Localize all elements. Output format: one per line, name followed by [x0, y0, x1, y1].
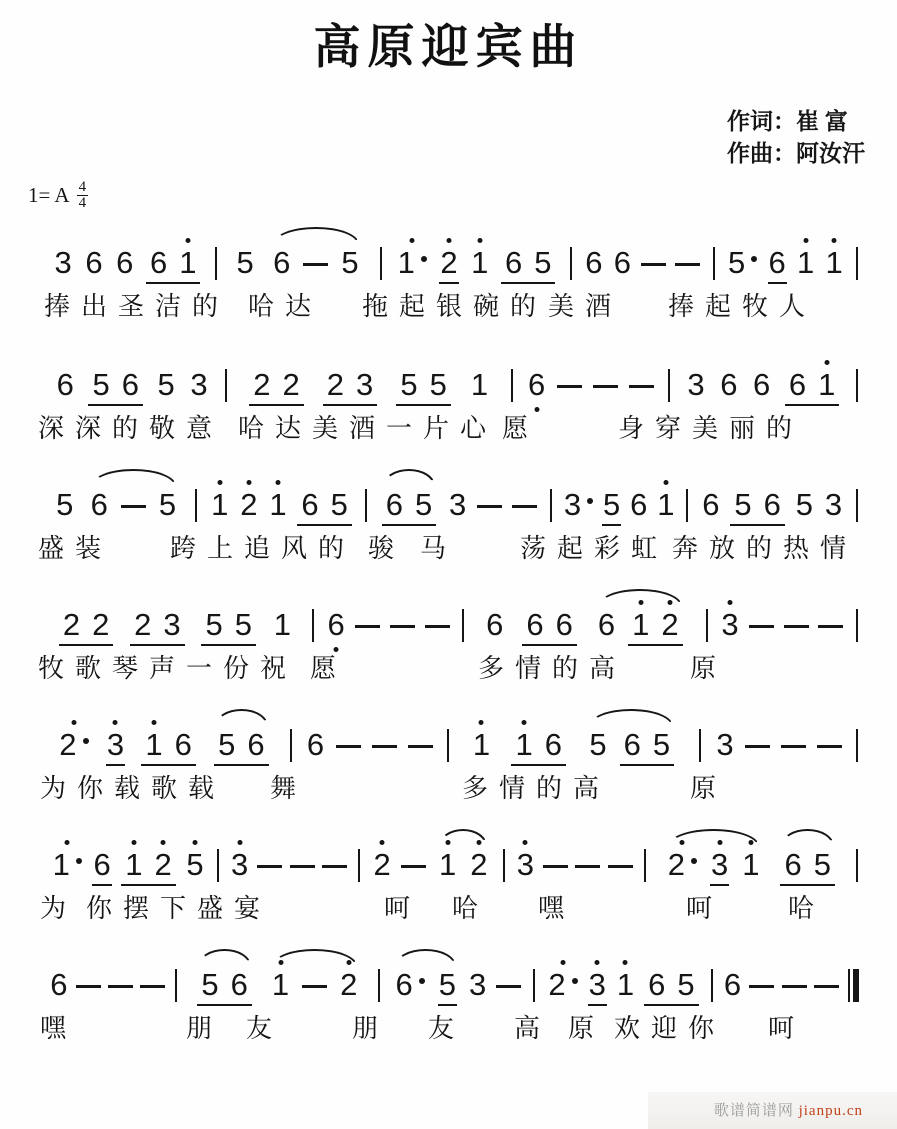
barline	[217, 849, 219, 882]
barline	[686, 489, 688, 522]
note: 2	[660, 608, 679, 642]
duration-dash	[749, 625, 774, 628]
beam-group: 55	[201, 608, 256, 646]
note: 6	[763, 488, 782, 522]
note: 1	[824, 246, 843, 280]
lyric-syllable: 愿	[310, 648, 347, 685]
beam-group: 56	[88, 368, 143, 406]
notes-row: 656532223551636661	[42, 362, 861, 402]
lyric-syllable: 身穿美丽的	[618, 408, 803, 445]
note: 1	[616, 968, 635, 1002]
lyric-syllable: 捧出圣洁的	[44, 286, 229, 323]
duration-dash	[302, 985, 327, 988]
note: 6	[584, 246, 603, 280]
score-line: 56512165653356165653盛装跨上追风的骏马荡起彩虹奔放的热情	[0, 482, 897, 572]
notes-row: 222355166666123	[42, 602, 861, 642]
beam-group: 65	[620, 728, 675, 766]
lyric-syllable: 原	[690, 648, 727, 685]
slur-group: 65	[778, 848, 837, 882]
lyric-syllable: 愿	[502, 408, 539, 445]
note: 6	[788, 368, 807, 402]
measure: 653	[383, 968, 530, 1002]
augmentation-dot	[76, 858, 82, 864]
barline	[856, 489, 858, 522]
lyric-syllable: 多情的高	[478, 648, 626, 685]
lyric-syllable: 哈	[788, 888, 825, 925]
note: 5	[235, 246, 254, 280]
beam-group: 16	[511, 728, 566, 766]
barline	[175, 969, 177, 1002]
note: 6	[629, 488, 648, 522]
note: 3	[686, 368, 705, 402]
note: 3	[710, 848, 729, 886]
duration-dash	[629, 385, 654, 388]
note: 5	[588, 728, 607, 762]
note: 2	[91, 608, 110, 642]
note: 6	[719, 368, 738, 402]
note: 6	[527, 368, 546, 402]
note: 2	[373, 848, 392, 882]
note: 1	[144, 728, 163, 762]
measure: 16125	[42, 848, 214, 882]
note: 5	[91, 368, 110, 402]
lyric-syllable: 美酒	[548, 286, 622, 323]
note: 6	[723, 968, 742, 1002]
score-line: 161253212323165为你摆下盛宴呵哈嘿呵哈	[0, 842, 897, 932]
duration-dash	[425, 625, 450, 628]
note: 3	[54, 246, 73, 280]
duration-dash	[355, 625, 380, 628]
lyric-syllable: 骏	[368, 528, 405, 565]
note: 6	[84, 246, 103, 280]
lyric-syllable: 呵	[768, 1008, 805, 1045]
slur-group: 231	[665, 848, 763, 882]
note: 2	[547, 968, 578, 1002]
barline	[856, 609, 858, 642]
note: 6	[385, 488, 404, 522]
note: 5	[55, 488, 74, 522]
measure: 6	[716, 968, 846, 1002]
measure: 666612	[467, 608, 703, 642]
note: 1	[438, 848, 457, 882]
lyric-syllable: 跨上追风的	[170, 528, 355, 565]
note: 3	[516, 848, 535, 882]
score-line: 23165661165653为你载歌载舞多情的高原	[0, 722, 897, 812]
duration-dash	[817, 745, 842, 748]
lyric-syllable: 欢迎你	[614, 1008, 725, 1045]
note: 5	[185, 848, 204, 882]
barline	[550, 489, 552, 522]
note: 1	[631, 608, 650, 642]
note: 6	[394, 968, 425, 1002]
note: 6	[597, 608, 616, 642]
note: 5	[795, 488, 814, 522]
note: 5	[399, 368, 418, 402]
note: 6	[121, 368, 140, 402]
measure: 23165	[538, 968, 707, 1002]
note: 5	[340, 246, 359, 280]
slur-group: 612	[595, 608, 685, 642]
measure: 65653	[42, 368, 222, 402]
lyric-syllable: 盛装	[38, 528, 112, 565]
measure: 6	[42, 968, 172, 1002]
measure: 212	[363, 848, 500, 882]
note: 6	[306, 728, 325, 762]
lyric-syllable: 拖起银碗的	[362, 286, 547, 323]
beam-group: 56	[197, 968, 252, 1006]
beam-group: 65	[382, 488, 437, 526]
beam-group: 12	[628, 608, 683, 646]
measure: 3	[508, 848, 641, 882]
lyric-syllable: 你摆下盛	[86, 888, 234, 925]
duration-dash	[408, 745, 433, 748]
note: 6	[90, 488, 109, 522]
augmentation-dot	[419, 978, 425, 984]
duration-dash	[641, 263, 666, 266]
beam-group: 65	[297, 488, 352, 526]
barline	[195, 489, 197, 522]
augmentation-dot	[587, 498, 593, 504]
note: 5	[234, 608, 253, 642]
note: 1	[210, 488, 229, 522]
measure: 2223551	[230, 368, 508, 402]
lyric-syllable: 深深的敬意	[38, 408, 223, 445]
measure: 36661	[673, 368, 853, 402]
note: 3	[189, 368, 208, 402]
note: 1	[124, 848, 143, 882]
score-line: 656532223551636661深深的敬意哈达美酒一片心愿身穿美丽的	[0, 362, 897, 452]
lyric-syllable: 友	[428, 1008, 465, 1045]
duration-dash	[477, 505, 502, 508]
duration-dash	[496, 985, 521, 988]
note: 3	[106, 728, 125, 766]
duration-dash	[784, 625, 809, 628]
duration-dash	[543, 865, 568, 868]
note: 5	[533, 246, 552, 280]
measure: 565	[42, 488, 192, 522]
measure: 6	[317, 608, 459, 642]
duration-dash	[782, 985, 807, 988]
watermark: 歌谱简谱网 jianpu.cn	[714, 1099, 863, 1120]
slur-group: 56	[212, 728, 271, 762]
barline	[856, 247, 858, 280]
beam-group: 66	[522, 608, 577, 646]
lyric-syllable: 宴	[234, 888, 271, 925]
note: 5	[438, 968, 457, 1006]
measure: 3	[222, 848, 355, 882]
measure: 12165	[200, 488, 362, 522]
lyric-syllable: 捧起牧人	[668, 286, 816, 323]
barline	[570, 247, 572, 280]
duration-dash	[303, 263, 328, 266]
note: 1	[741, 848, 760, 882]
measure: 65653	[691, 488, 853, 522]
note: 6	[525, 608, 544, 642]
duration-dash	[608, 865, 633, 868]
note: 2	[282, 368, 301, 402]
measure: 3	[704, 728, 853, 762]
note: 5	[217, 728, 236, 762]
note: 1	[514, 728, 533, 762]
note: 6	[115, 246, 134, 280]
note: 6	[555, 608, 574, 642]
slur-group: 565	[586, 728, 676, 762]
note: 6	[544, 728, 563, 762]
watermark-site-name: 歌谱简谱网	[714, 1103, 794, 1119]
note: 2	[469, 848, 488, 882]
duration-dash	[781, 745, 806, 748]
note: 6	[230, 968, 249, 1002]
notes-row: 3666156512165665611	[42, 240, 861, 280]
note: 5	[429, 368, 448, 402]
duration-dash	[575, 865, 600, 868]
lyric-syllable: 为	[40, 888, 77, 925]
barline	[378, 969, 380, 1002]
barline	[856, 729, 858, 762]
note: 3	[563, 488, 594, 522]
notes-row: 23165661165653	[42, 722, 861, 762]
duration-dash	[675, 263, 700, 266]
note: 2	[133, 608, 152, 642]
note: 6	[174, 728, 193, 762]
duration-dash	[372, 745, 397, 748]
lyric-syllable: 牧歌琴声一份祝	[38, 648, 297, 685]
note: 6	[783, 848, 802, 882]
beam-group: 23	[323, 368, 378, 406]
measure: 2223551	[42, 608, 309, 642]
measure: 6	[516, 368, 665, 402]
note: 6	[504, 246, 523, 280]
measure: 565	[220, 246, 377, 280]
duration-dash	[745, 745, 770, 748]
note: 3	[720, 608, 739, 642]
note: 5	[158, 488, 177, 522]
note: 5	[652, 728, 671, 762]
duration-dash	[814, 985, 839, 988]
note: 1	[397, 246, 428, 280]
lyric-syllable: 哈达美酒一片心	[238, 408, 497, 445]
note: 3	[468, 968, 487, 1002]
barline	[462, 609, 464, 642]
lyric-syllable: 多情的高	[462, 768, 610, 805]
note: 1	[472, 728, 491, 762]
note: 3	[355, 368, 374, 402]
measure: 3	[711, 608, 853, 642]
lyric-syllable: 原	[568, 1008, 605, 1045]
slur-group: 65	[270, 246, 362, 280]
note: 1	[470, 246, 489, 280]
note: 1	[273, 608, 292, 642]
barline	[644, 849, 646, 882]
barline	[713, 247, 715, 280]
note: 1	[271, 968, 290, 1002]
slur-group: 56	[195, 968, 254, 1002]
augmentation-dot	[421, 256, 427, 262]
note: 6	[56, 368, 75, 402]
measure: 5612	[180, 968, 375, 1002]
beam-group: 23	[130, 608, 185, 646]
duration-dash	[322, 865, 347, 868]
barline	[856, 369, 858, 402]
measure: 66	[575, 246, 710, 280]
barline	[511, 369, 513, 402]
measure: 23165	[649, 848, 853, 882]
note: 5	[813, 848, 832, 882]
note: 5	[414, 488, 433, 522]
final-barline	[848, 969, 859, 1002]
augmentation-dot	[691, 858, 697, 864]
duration-dash	[401, 865, 426, 868]
lyric-syllable: 哈	[452, 888, 489, 925]
note: 6	[613, 246, 632, 280]
measure: 116565	[452, 728, 697, 762]
barline	[711, 969, 713, 1002]
slur-group: 65	[88, 488, 180, 522]
score-line: 222355166666123牧歌琴声一份祝愿多情的高原	[0, 602, 897, 692]
note: 2	[339, 968, 358, 1002]
lyric-syllable: 为你载歌载	[40, 768, 225, 805]
note: 2	[62, 608, 81, 642]
barline	[290, 729, 292, 762]
measure: 3561	[555, 488, 683, 522]
lyric-syllable: 荡起彩虹	[520, 528, 668, 565]
note: 2	[154, 848, 173, 882]
duration-dash	[818, 625, 843, 628]
barline	[380, 247, 382, 280]
lyric-syllable: 嘿	[538, 888, 575, 925]
augmentation-dot	[751, 256, 757, 262]
note: 2	[439, 246, 458, 284]
measure: 231656	[42, 728, 287, 762]
barline	[668, 369, 670, 402]
beam-group: 22	[59, 608, 114, 646]
note: 6	[768, 246, 787, 284]
note: 6	[300, 488, 319, 522]
note: 2	[58, 728, 89, 762]
beam-group: 65	[501, 246, 556, 284]
note: 5	[727, 246, 758, 280]
beam-group: 55	[396, 368, 451, 406]
score-line: 3666156512165665611捧出圣洁的哈达拖起银碗的美酒捧起牧人	[0, 240, 897, 330]
note: 1	[268, 488, 287, 522]
measure: 36661	[42, 246, 212, 280]
lyric-syllable: 奔放的热情	[672, 528, 857, 565]
duration-dash	[121, 505, 146, 508]
beam-group: 61	[785, 368, 840, 406]
beam-group: 56	[214, 728, 269, 766]
duration-dash	[336, 745, 361, 748]
note: 3	[230, 848, 249, 882]
note: 3	[588, 968, 607, 1006]
slur-group: 12	[436, 848, 491, 882]
lyric-syllable: 朋	[186, 1008, 223, 1045]
barline	[225, 369, 227, 402]
note: 6	[246, 728, 265, 762]
barline	[215, 247, 217, 280]
duration-dash	[593, 385, 618, 388]
duration-dash	[390, 625, 415, 628]
barline	[503, 849, 505, 882]
note: 5	[330, 488, 349, 522]
note: 2	[239, 488, 258, 522]
note: 6	[485, 608, 504, 642]
note: 3	[824, 488, 843, 522]
note: 1	[178, 246, 197, 280]
barline	[447, 729, 449, 762]
note: 6	[272, 246, 291, 280]
beam-group: 65	[780, 848, 835, 886]
sheet-music-page: 高原迎宾曲 作词：崔 富 作曲：阿汝汗 1= A 4 4 36661565121…	[0, 0, 897, 1129]
lyric-syllable: 友	[246, 1008, 283, 1045]
duration-dash	[557, 385, 582, 388]
note: 6	[49, 968, 68, 1002]
barline	[358, 849, 360, 882]
barline	[312, 609, 314, 642]
note: 1	[656, 488, 675, 522]
note: 6	[752, 368, 771, 402]
note: 3	[448, 488, 467, 522]
note: 3	[162, 608, 181, 642]
beam-group: 61	[146, 246, 201, 284]
beam-group: 16	[141, 728, 196, 766]
measure: 653	[370, 488, 547, 522]
barline	[533, 969, 535, 1002]
lyric-syllable: 马	[420, 528, 457, 565]
note: 2	[326, 368, 345, 402]
note: 6	[623, 728, 642, 762]
measure: 6	[295, 728, 444, 762]
note: 6	[647, 968, 666, 1002]
note: 1	[796, 246, 815, 280]
score-line: 65612653231656嘿朋友朋友高原欢迎你呵	[0, 962, 897, 1052]
notes-row: 161253212323165	[42, 842, 861, 882]
measure: 5611	[718, 246, 853, 280]
note: 6	[92, 848, 111, 886]
lyric-syllable: 呵	[686, 888, 723, 925]
measure: 12165	[385, 246, 567, 280]
note: 6	[701, 488, 720, 522]
note: 2	[252, 368, 271, 402]
score: 3666156512165665611捧出圣洁的哈达拖起银碗的美酒捧起牧人656…	[0, 0, 897, 1129]
duration-dash	[290, 865, 315, 868]
barline	[699, 729, 701, 762]
beam-group: 56	[730, 488, 785, 526]
note: 5	[602, 488, 621, 526]
beam-group: 65	[644, 968, 699, 1006]
lyric-syllable: 朋	[352, 1008, 389, 1045]
lyric-syllable: 高	[514, 1008, 551, 1045]
watermark-site-url: jianpu.cn	[799, 1103, 863, 1119]
note: 5	[204, 608, 223, 642]
beam-group: 22	[249, 368, 304, 406]
duration-dash	[257, 865, 282, 868]
lyric-syllable: 舞	[270, 768, 307, 805]
duration-dash	[749, 985, 774, 988]
slur-group: 12	[269, 968, 361, 1002]
note: 6	[326, 608, 345, 642]
note: 2	[667, 848, 698, 882]
note: 5	[157, 368, 176, 402]
lyric-syllable: 哈达	[248, 286, 322, 323]
slur-group: 65	[392, 968, 459, 1002]
duration-dash	[140, 985, 165, 988]
duration-dash	[108, 985, 133, 988]
duration-dash	[512, 505, 537, 508]
note: 1	[817, 368, 836, 402]
note: 5	[200, 968, 219, 1002]
slur-group: 65	[380, 488, 439, 522]
note: 5	[733, 488, 752, 522]
